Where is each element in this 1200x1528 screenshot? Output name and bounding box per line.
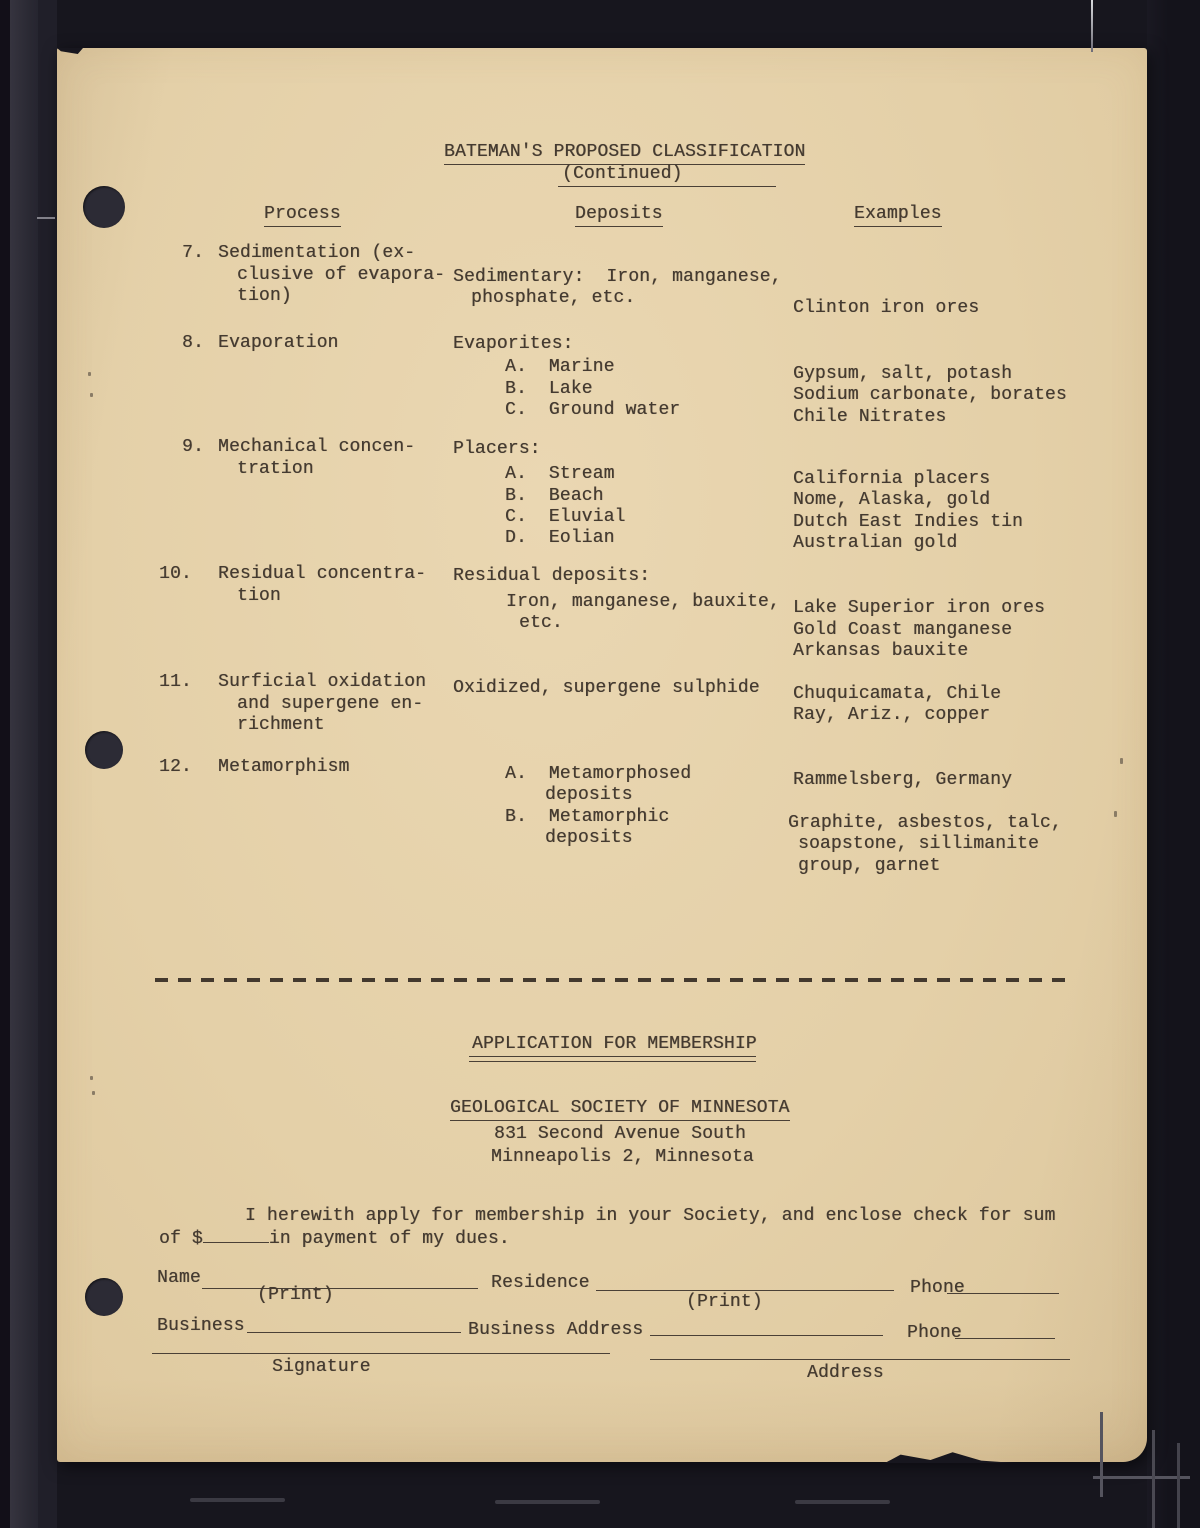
stacked-page-edge: [1152, 1430, 1155, 1528]
process-line: and supergene en-: [237, 694, 423, 715]
process-line: Residual concentra-: [218, 564, 426, 585]
examples-line: Australian gold: [793, 533, 957, 554]
deposits-line: C. Ground water: [505, 400, 680, 421]
process-line: Surficial oxidation: [218, 672, 426, 693]
backdrop-streak: [795, 1500, 890, 1504]
business-address-label: Business Address: [468, 1320, 643, 1341]
deposits-line: phosphate, etc.: [471, 288, 635, 309]
name-label: Name: [157, 1268, 201, 1289]
process-line: tration: [237, 459, 314, 480]
stacked-page-edge: [1100, 1412, 1103, 1497]
business-label: Business: [157, 1316, 245, 1337]
examples-line: Nome, Alaska, gold: [793, 490, 990, 511]
document-page: BATEMAN'S PROPOSED CLASSIFICATION (Conti…: [57, 48, 1147, 1462]
process-line: Sedimentation (ex-: [218, 243, 415, 264]
deposits-line: D. Eolian: [505, 528, 615, 549]
phone-label: Phone: [907, 1323, 962, 1344]
examples-line: Sodium carbonate, borates: [793, 385, 1067, 406]
signature-label: Signature: [272, 1357, 371, 1378]
row-number: 8.: [182, 333, 204, 354]
residence-label: Residence: [491, 1273, 590, 1294]
membership-heading: APPLICATION FOR MEMBERSHIP: [472, 1034, 757, 1055]
phone-blank-line: [955, 1338, 1055, 1339]
process-line: Mechanical concen-: [218, 437, 415, 458]
paper-speck: [92, 1091, 95, 1095]
punch-hole-top: [83, 186, 125, 228]
paper-speck: [90, 393, 93, 397]
dues-amount-blank: [203, 1228, 269, 1243]
membership-heading-underline: [469, 1056, 756, 1062]
address-label: Address: [807, 1363, 884, 1384]
deposits-line: B. Metamorphic: [505, 807, 669, 828]
column-header-examples: Examples: [854, 204, 942, 227]
application-body-line1: I herewith apply for membership in your …: [245, 1206, 1055, 1227]
examples-line: Graphite, asbestos, talc,: [788, 813, 1062, 834]
examples-line: soapstone, sillimanite: [798, 834, 1039, 855]
examples-line: Chuquicamata, Chile: [793, 684, 1001, 705]
document-title: BATEMAN'S PROPOSED CLASSIFICATION: [444, 142, 805, 165]
examples-line: Dutch East Indies tin: [793, 512, 1023, 533]
society-name: GEOLOGICAL SOCIETY OF MINNESOTA: [450, 1098, 790, 1121]
deposits-line: A. Marine: [505, 357, 615, 378]
backdrop-streak: [190, 1498, 285, 1502]
process-line: richment: [237, 715, 325, 736]
application-body-line2: of $in payment of my dues.: [159, 1228, 510, 1250]
row-number: 10.: [159, 564, 192, 585]
paper-speck: [88, 372, 91, 376]
row-number: 9.: [182, 437, 204, 458]
examples-line: Clinton iron ores: [793, 298, 979, 319]
scanner-scratch: [1091, 0, 1093, 52]
phone-blank-line: [947, 1293, 1059, 1294]
deposits-line: A. Stream: [505, 464, 615, 485]
deposits-line: Oxidized, supergene sulphide: [453, 678, 760, 699]
examples-line: California placers: [793, 469, 990, 490]
dues-prefix: of $: [159, 1229, 203, 1249]
row-number: 11.: [159, 672, 192, 693]
stacked-page-edge: [1177, 1443, 1180, 1528]
examples-line: Lake Superior iron ores: [793, 598, 1045, 619]
deposits-line: B. Lake: [505, 379, 593, 400]
punch-hole-bottom: [85, 1278, 123, 1316]
residence-blank-line: [596, 1290, 894, 1291]
deposits-line: etc.: [519, 613, 563, 634]
deposits-line: Residual deposits:: [453, 566, 650, 587]
process-line: tion: [237, 586, 281, 607]
examples-line: Ray, Ariz., copper: [793, 705, 990, 726]
examples-line: Gold Coast manganese: [793, 620, 1012, 641]
punch-hole-middle: [85, 731, 123, 769]
binder-spine-inner: [38, 0, 57, 1528]
stacked-page-edge: [1093, 1476, 1190, 1479]
society-address-line1: 831 Second Avenue South: [494, 1124, 746, 1145]
deposits-line: Evaporites:: [453, 334, 573, 355]
name-blank-line: [202, 1288, 478, 1289]
column-header-deposits: Deposits: [575, 204, 663, 227]
society-address-line2: Minneapolis 2, Minnesota: [491, 1147, 754, 1168]
dues-suffix: in payment of my dues.: [269, 1229, 510, 1249]
business-blank-line: [247, 1332, 461, 1333]
binder-spine: [10, 0, 38, 1528]
paper-speck: [1114, 811, 1117, 817]
phone-label: Phone: [910, 1278, 965, 1299]
binder-spine-shadow: [0, 0, 10, 1528]
deposits-line: Sedimentary: Iron, manganese,: [453, 267, 782, 288]
deposits-line: Placers:: [453, 439, 541, 460]
document-subtitle: (Continued): [562, 164, 682, 185]
examples-line: group, garnet: [798, 856, 940, 877]
examples-line: Chile Nitrates: [793, 407, 946, 428]
business-address-blank-line: [650, 1335, 883, 1336]
paper-speck: [90, 1076, 93, 1080]
section-separator-dashed: [155, 978, 1071, 982]
backdrop-streak: [495, 1500, 600, 1504]
print-hint-label: (Print): [686, 1292, 763, 1313]
deposits-line: A. Metamorphosed: [505, 764, 691, 785]
process-line: Metamorphism: [218, 757, 349, 778]
paper-speck: [1120, 758, 1123, 764]
process-line: tion): [237, 286, 292, 307]
subtitle-underline: [558, 186, 776, 187]
scan-background: BATEMAN'S PROPOSED CLASSIFICATION (Conti…: [0, 0, 1200, 1528]
address-blank-line: [650, 1359, 1070, 1360]
deposits-line: deposits: [545, 828, 633, 849]
backdrop-right: [1147, 0, 1200, 1528]
examples-line: Arkansas bauxite: [793, 641, 968, 662]
deposits-line: deposits: [545, 785, 633, 806]
deposits-line: C. Eluvial: [505, 507, 625, 528]
row-number: 7.: [182, 243, 204, 264]
deposits-line: B. Beach: [505, 486, 604, 507]
examples-line: Rammelsberg, Germany: [793, 770, 1012, 791]
print-hint-label: (Print): [257, 1285, 334, 1306]
process-line: Evaporation: [218, 333, 338, 354]
deposits-line: Iron, manganese, bauxite,: [506, 592, 780, 613]
process-line: clusive of evapora-: [237, 265, 445, 286]
scanner-scratch: [37, 217, 55, 219]
signature-blank-line: [152, 1353, 610, 1354]
column-header-process: Process: [264, 204, 341, 227]
examples-line: Gypsum, salt, potash: [793, 364, 1012, 385]
row-number: 12.: [159, 757, 192, 778]
